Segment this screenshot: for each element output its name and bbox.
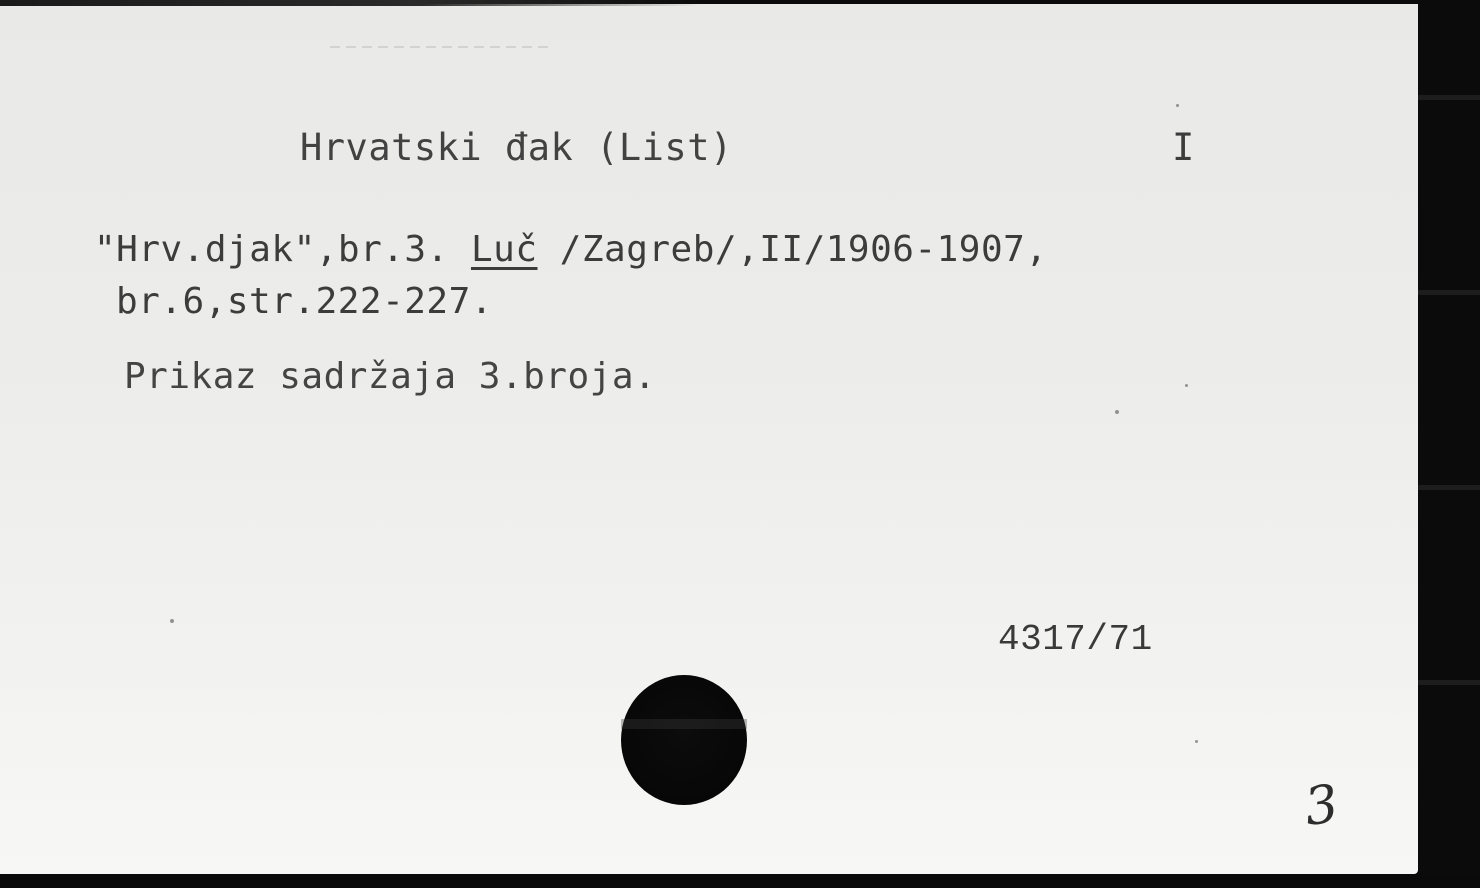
- scanned-catalog-card-image: Hrvatski đak (List) I "Hrv.djak",br.3. L…: [0, 0, 1480, 888]
- dust-speck: [170, 619, 174, 623]
- card-heading: Hrvatski đak (List): [300, 126, 733, 169]
- dust-speck: [1176, 104, 1179, 107]
- handwritten-mark: 3: [1301, 774, 1342, 838]
- dust-speck: [1185, 384, 1188, 387]
- citation-line-1: "Hrv.djak",br.3. Luč /Zagreb/,II/1906-19…: [94, 229, 1048, 270]
- citation-source-title: Luč: [471, 229, 538, 270]
- volume-marker: I: [1172, 126, 1195, 169]
- dust-speck: [1115, 410, 1119, 414]
- punch-hole: [621, 675, 747, 805]
- citation-prefix: "Hrv.djak",br.3.: [94, 229, 471, 270]
- card-abstract: Prikaz sadržaja 3.broja.: [124, 356, 656, 397]
- citation-suffix: /Zagreb/,II/1906-1907,: [538, 229, 1048, 270]
- scanner-border-right: [1418, 0, 1480, 888]
- citation-line-2: br.6,str.222-227.: [116, 281, 493, 322]
- scanner-border-bottom: [0, 874, 1480, 888]
- dust-speck: [1195, 740, 1198, 743]
- catalog-number: 4317/71: [998, 619, 1153, 660]
- catalog-card: Hrvatski đak (List) I "Hrv.djak",br.3. L…: [0, 4, 1418, 874]
- punch-hole-scanline: [621, 719, 747, 729]
